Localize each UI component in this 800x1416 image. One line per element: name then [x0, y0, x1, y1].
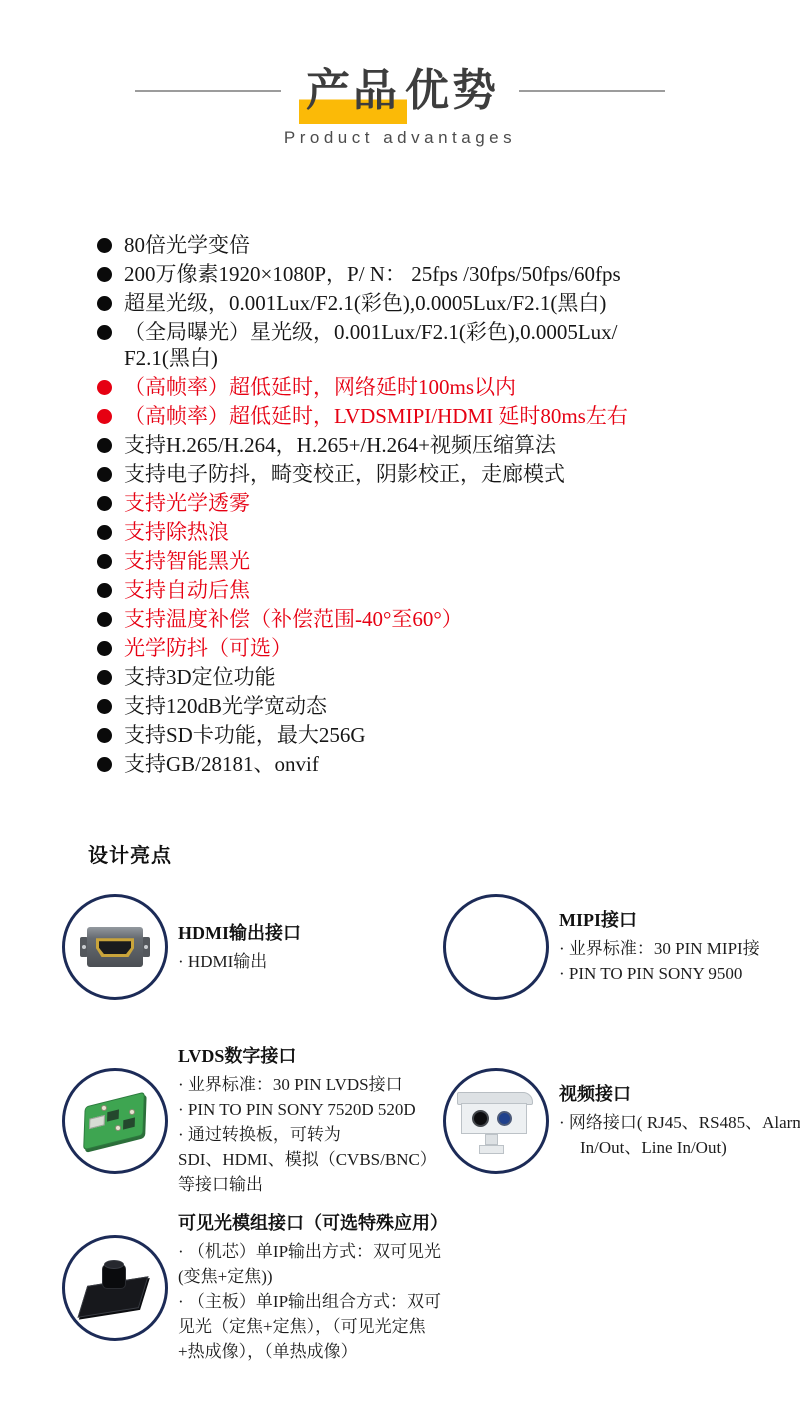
feature-line: 支持自动后焦 [124, 577, 250, 603]
feature-item: 支持GB/28181、onvif [97, 751, 737, 777]
bullet-dot-icon [97, 238, 112, 253]
feature-text: （高帧率）超低延时，LVDSMIPI/HDMI 延时80ms左右 [124, 403, 628, 429]
design-line: · （主板）单IP输出组合方式：双可 [178, 1289, 448, 1314]
feature-text: 支持120dB光学宽动态 [124, 693, 327, 719]
feature-item: 支持电子防抖，畸变校正，阴影校正，走廊模式 [97, 461, 737, 487]
feature-line: 支持120dB光学宽动态 [124, 693, 327, 719]
feature-line: （高帧率）超低延时，LVDSMIPI/HDMI 延时80ms左右 [124, 403, 628, 429]
bullet-dot-icon [97, 438, 112, 453]
lvds-pcb-part [129, 1109, 135, 1115]
feature-line: 200万像素1920×1080P，P/ N： 25fps /30fps/50fp… [124, 261, 621, 287]
feature-item: 支持SD卡功能，最大256G [97, 722, 737, 748]
design-item-title: 可见光模组接口（可选特殊应用） [178, 1211, 448, 1236]
feature-line: 支持除热浪 [124, 519, 229, 545]
design-item-title: MIPI接口 [559, 908, 760, 933]
feature-text: 支持H.265/H.264，H.265+/H.264+视频压缩算法 [124, 432, 556, 458]
feature-line: 支持智能黑光 [124, 548, 250, 574]
feature-text: 80倍光学变倍 [124, 232, 250, 258]
feature-line: 支持电子防抖，畸变校正，阴影校正，走廊模式 [124, 461, 565, 487]
feature-line: 光学防抖（可选） [124, 635, 292, 661]
design-line: · 网络接口( RJ45、RS485、Alarm [559, 1110, 800, 1135]
bullet-dot-icon [97, 583, 112, 598]
bullet-dot-icon [97, 267, 112, 282]
design-line: +热成像），（单热成像） [178, 1339, 448, 1364]
design-line: SDI、HDMI、模拟（CVBS/BNC） [178, 1147, 437, 1172]
feature-text: 支持3D定位功能 [124, 664, 276, 690]
feature-item: 80倍光学变倍 [97, 232, 737, 258]
feature-text: 超星光级，0.001Lux/F2.1(彩色),0.0005Lux/F2.1(黑白… [124, 290, 606, 316]
feature-text: 200万像素1920×1080P，P/ N： 25fps /30fps/50fp… [124, 261, 621, 287]
feature-list: 80倍光学变倍 200万像素1920×1080P，P/ N： 25fps /30… [97, 232, 737, 777]
bullet-dot-icon [97, 699, 112, 714]
feature-line: 支持光学透雾 [124, 490, 250, 516]
camera-module-icon [74, 1255, 156, 1321]
feature-text: （全局曝光）星光级，0.001Lux/F2.1(彩色),0.0005Lux/F2… [124, 319, 618, 371]
feature-line: 支持温度补偿（补偿范围-40°至60°） [124, 606, 463, 632]
title-divider-left [135, 90, 281, 92]
design-text: MIPI接口 · 业界标准：30 PIN MIPI接· PIN TO PIN S… [559, 908, 760, 986]
page-title: 产品优势 [301, 68, 499, 114]
feature-item: 支持除热浪 [97, 519, 737, 545]
feature-item: 支持H.265/H.264，H.265+/H.264+视频压缩算法 [97, 432, 737, 458]
feature-text: 支持GB/28181、onvif [124, 751, 319, 777]
design-item-title: LVDS数字接口 [178, 1044, 437, 1069]
feature-text: 支持SD卡功能，最大256G [124, 722, 366, 748]
empty-circle-icon [491, 942, 501, 952]
feature-item: 支持自动后焦 [97, 577, 737, 603]
feature-line: 超星光级，0.001Lux/F2.1(彩色),0.0005Lux/F2.1(黑白… [124, 290, 606, 316]
feature-item: 支持光学透雾 [97, 490, 737, 516]
page-subtitle: Product advantages [0, 128, 800, 148]
design-item-video-camera: 视频接口 · 网络接口( RJ45、RS485、AlarmIn/Out、Line… [443, 1044, 800, 1197]
lvds-pcb-part [115, 1125, 121, 1131]
feature-item: （全局曝光）星光级，0.001Lux/F2.1(彩色),0.0005Lux/F2… [97, 319, 737, 371]
lvds-pcb-part [101, 1105, 107, 1111]
design-line: · 业界标准：30 PIN LVDS接口 [178, 1072, 437, 1097]
design-row: 可见光模组接口（可选特殊应用） · （机芯）单IP输出方式：双可见光(变焦+定焦… [62, 1211, 800, 1364]
feature-line: F2.1(黑白) [124, 345, 618, 371]
design-circle [443, 894, 549, 1000]
bullet-dot-icon [97, 496, 112, 511]
video-camera-part [479, 1145, 504, 1154]
bullet-dot-icon [97, 670, 112, 685]
title-divider-right [519, 90, 665, 92]
design-line: · 业界标准：30 PIN MIPI接 [559, 936, 760, 961]
feature-text: 支持智能黑光 [124, 548, 250, 574]
design-text: HDMI输出接口 · HDMI输出 [178, 921, 301, 974]
lvds-pcb-icon [75, 1091, 155, 1151]
design-circle [62, 1068, 168, 1174]
feature-line: （全局曝光）星光级，0.001Lux/F2.1(彩色),0.0005Lux/ [124, 319, 618, 345]
design-item-empty-circle: MIPI接口 · 业界标准：30 PIN MIPI接· PIN TO PIN S… [443, 894, 760, 1000]
hdmi-connector-part [99, 941, 131, 954]
feature-line: 支持GB/28181、onvif [124, 751, 319, 777]
bullet-dot-icon [97, 641, 112, 656]
design-line: · HDMI输出 [178, 949, 301, 974]
title-rest-text: 优势 [405, 66, 499, 115]
feature-line: 80倍光学变倍 [124, 232, 250, 258]
bullet-dot-icon [97, 467, 112, 482]
bullet-dot-icon [97, 380, 112, 395]
design-heading: 设计亮点 [88, 839, 800, 868]
feature-item: （高帧率）超低延时，网络延时100ms以内 [97, 374, 737, 400]
feature-text: 支持光学透雾 [124, 490, 250, 516]
title-row: 产品优势 [0, 68, 800, 114]
design-line: · 通过转换板，可转为 [178, 1122, 437, 1147]
bullet-dot-icon [97, 296, 112, 311]
title-highlighted-text: 产品 [299, 66, 407, 124]
feature-text: 支持电子防抖，畸变校正，阴影校正，走廊模式 [124, 461, 565, 487]
design-row: LVDS数字接口 · 业界标准：30 PIN LVDS接口· PIN TO PI… [62, 1044, 800, 1197]
feature-text: 支持温度补偿（补偿范围-40°至60°） [124, 606, 463, 632]
design-text: 视频接口 · 网络接口( RJ45、RS485、AlarmIn/Out、Line… [559, 1082, 800, 1160]
design-item-camera-module: 可见光模组接口（可选特殊应用） · （机芯）单IP输出方式：双可见光(变焦+定焦… [62, 1211, 443, 1364]
design-item-title: HDMI输出接口 [178, 921, 301, 946]
feature-item: 支持3D定位功能 [97, 664, 737, 690]
video-camera-part [461, 1103, 527, 1134]
feature-item: 光学防抖（可选） [97, 635, 737, 661]
feature-line: 支持SD卡功能，最大256G [124, 722, 366, 748]
feature-text: （高帧率）超低延时，网络延时100ms以内 [124, 374, 516, 400]
feature-text: 支持自动后焦 [124, 577, 250, 603]
hdmi-connector-icon [80, 924, 150, 970]
design-line: · PIN TO PIN SONY 7520D 520D [178, 1097, 437, 1122]
design-circle [62, 1235, 168, 1341]
design-row: HDMI输出接口 · HDMI输出 MIPI接口 · 业界标准：30 PIN M… [62, 894, 800, 1000]
feature-line: （高帧率）超低延时，网络延时100ms以内 [124, 374, 516, 400]
design-text: LVDS数字接口 · 业界标准：30 PIN LVDS接口· PIN TO PI… [178, 1044, 437, 1197]
video-camera-part [485, 1134, 498, 1145]
design-line: 见光（定焦+定焦），（可见光定焦 [178, 1314, 448, 1339]
feature-item: （高帧率）超低延时，LVDSMIPI/HDMI 延时80ms左右 [97, 403, 737, 429]
feature-item: 支持120dB光学宽动态 [97, 693, 737, 719]
bullet-dot-icon [97, 409, 112, 424]
feature-item: 200万像素1920×1080P，P/ N： 25fps /30fps/50fp… [97, 261, 737, 287]
design-text: 可见光模组接口（可选特殊应用） · （机芯）单IP输出方式：双可见光(变焦+定焦… [178, 1211, 448, 1364]
design-line: · （机芯）单IP输出方式：双可见光 [178, 1239, 448, 1264]
video-camera-part [472, 1110, 489, 1127]
video-camera-part [497, 1111, 512, 1126]
design-circle [62, 894, 168, 1000]
product-advantages-page: 产品优势 Product advantages 80倍光学变倍 200万像素19… [0, 0, 800, 1416]
bullet-dot-icon [97, 728, 112, 743]
feature-line: 支持3D定位功能 [124, 664, 276, 690]
bullet-dot-icon [97, 612, 112, 627]
design-circle [443, 1068, 549, 1174]
bullet-dot-icon [97, 554, 112, 569]
design-item-hdmi-connector: HDMI输出接口 · HDMI输出 [62, 894, 443, 1000]
design-line: (变焦+定焦)) [178, 1264, 448, 1289]
video-camera-icon [452, 1083, 540, 1159]
page-header: 产品优势 Product advantages [0, 0, 800, 148]
bullet-dot-icon [97, 757, 112, 772]
design-line: In/Out、Line In/Out) [559, 1135, 800, 1160]
design-rows: HDMI输出接口 · HDMI输出 MIPI接口 · 业界标准：30 PIN M… [62, 894, 800, 1364]
design-item-lvds-pcb: LVDS数字接口 · 业界标准：30 PIN LVDS接口· PIN TO PI… [62, 1044, 443, 1197]
design-line: · PIN TO PIN SONY 9500 [559, 961, 760, 986]
feature-line: 支持H.265/H.264，H.265+/H.264+视频压缩算法 [124, 432, 556, 458]
feature-text: 支持除热浪 [124, 519, 229, 545]
design-line: 等接口输出 [178, 1172, 437, 1197]
feature-item: 超星光级，0.001Lux/F2.1(彩色),0.0005Lux/F2.1(黑白… [97, 290, 737, 316]
bullet-dot-icon [97, 325, 112, 340]
bullet-dot-icon [97, 525, 112, 540]
feature-item: 支持智能黑光 [97, 548, 737, 574]
feature-item: 支持温度补偿（补偿范围-40°至60°） [97, 606, 737, 632]
design-item-title: 视频接口 [559, 1082, 800, 1107]
camera-module-part [104, 1260, 124, 1269]
feature-text: 光学防抖（可选） [124, 635, 292, 661]
